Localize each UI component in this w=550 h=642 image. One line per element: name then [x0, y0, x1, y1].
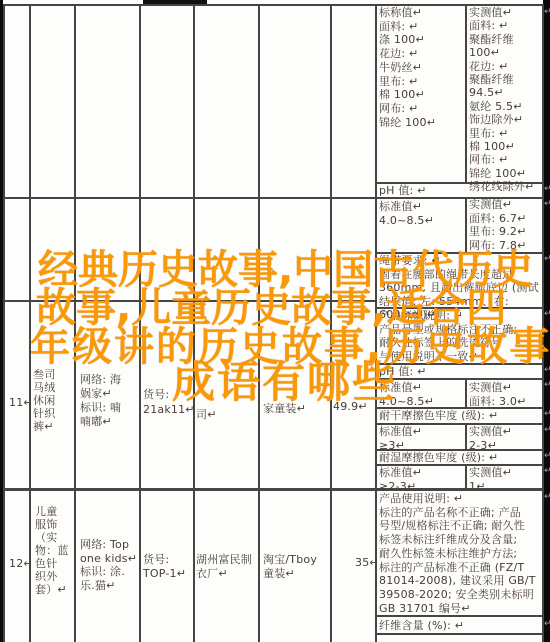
- row-end-mark: ↵: [544, 255, 550, 264]
- row-end-mark: ↵: [544, 200, 550, 209]
- row11-product-name: 叁司 马绒 休闲 针织 裤↵: [33, 368, 63, 433]
- row-end-mark: ↵: [544, 8, 550, 17]
- row12-price-cell: 35↵: [355, 556, 379, 570]
- wet-rub-header: 耐湿摩擦色牢度 (级): ↵: [379, 451, 498, 465]
- row11-brand-cell: 网络: 海 娲家↵ 标识: 喃 喃嘟↵: [80, 373, 138, 429]
- dry-rub-header: 耐干摩擦色牢度 (级): ↵: [379, 409, 498, 423]
- wet-rub-measured: 实测值↵ 1↵: [469, 466, 512, 493]
- value-divider: [465, 423, 467, 449]
- row-end-mark: ↵: [544, 452, 550, 461]
- fiber-nominal-cell: 标称值↵ 面料: ↵ 涤 100↵ 花边: ↵ 牛奶丝↵ 里布: ↵ 棉 100…: [379, 6, 463, 129]
- row-end-mark: ↵: [544, 426, 550, 435]
- dry-rub-measured: 实测值↵ 2-3↵: [469, 425, 512, 452]
- row-divider: [3, 488, 543, 491]
- value-divider: [465, 464, 467, 489]
- fiber-content-header: 纤维含量 (%): ↵: [379, 619, 464, 633]
- ph2-measured: 实测值↵ 面料: 3.0↵: [469, 381, 527, 408]
- row12-shop-cell: 淘宝/Tboy 童装↵: [263, 553, 327, 581]
- headline-line-2: 故事,儿童历史故事,适合四: [36, 288, 506, 328]
- row-end-mark: ↵: [544, 410, 550, 419]
- headline-line-4: 成语有哪些: [172, 362, 397, 405]
- headline-line-1: 经典历史故事,中国古代历史: [38, 250, 533, 290]
- row12-number: 12↵: [9, 557, 33, 571]
- divider: [375, 633, 543, 635]
- row11-number: 11↵: [9, 396, 33, 410]
- ph1-measured: 实测值↵ 面料: 6.7↵ 里布: 9.2↵ 网布: 7.8↵: [469, 198, 527, 252]
- wet-rub-standard: 标准值↵ ≥2-3↵: [379, 466, 422, 493]
- row-end-mark: ↵: [544, 310, 550, 319]
- inspection-table-screenshot: 标称值↵ 面料: ↵ 涤 100↵ 花边: ↵ 牛奶丝↵ 里布: ↵ 棉 100…: [0, 0, 550, 642]
- row-end-mark: ↵: [544, 381, 550, 390]
- value-divider: [465, 197, 467, 252]
- row-end-mark: ↵: [544, 185, 550, 194]
- row12-manufacturer-cell: 湖州富民制 衣厂↵: [196, 553, 256, 581]
- dry-rub-standard: 标准值↵ ≥3↵: [379, 425, 422, 452]
- row12-brand-cell: 网络: Top one kids↵ 标识: 涂. 乐.猫↵: [80, 538, 138, 592]
- row12-product-name: 儿童 服饰 （实 物：蓝 色针 织外 套）↵: [35, 505, 71, 596]
- row12-sku-cell: 货号: TOP-1↵: [143, 553, 191, 581]
- row11-manufacturer-cell: 司↵: [196, 408, 217, 422]
- usage-instruction-cell: 产品使用说明: ↵ 标注的产品名称不正确; 产品 号型/规格标注不正确; 耐久性…: [379, 492, 541, 615]
- column-border: [29, 4, 31, 642]
- value-divider: [465, 378, 467, 407]
- row-end-mark: ↵: [544, 620, 550, 629]
- row-end-mark: ↵: [544, 467, 550, 476]
- ph1-header: pH 值: ↵: [379, 184, 427, 198]
- fiber-measured-cell: 实测值↵ 面料: ↵ 聚酯纤维 100↵ 花边: ↵ 聚酯纤维 94.5↵ 氨纶…: [469, 6, 545, 194]
- ph1-standard: 标准值↵ 4.0~8.5↵: [379, 200, 434, 227]
- divider: [3, 197, 543, 199]
- row-end-mark: ↵: [544, 493, 550, 502]
- table-left-border: [3, 4, 5, 642]
- value-divider: [465, 4, 467, 182]
